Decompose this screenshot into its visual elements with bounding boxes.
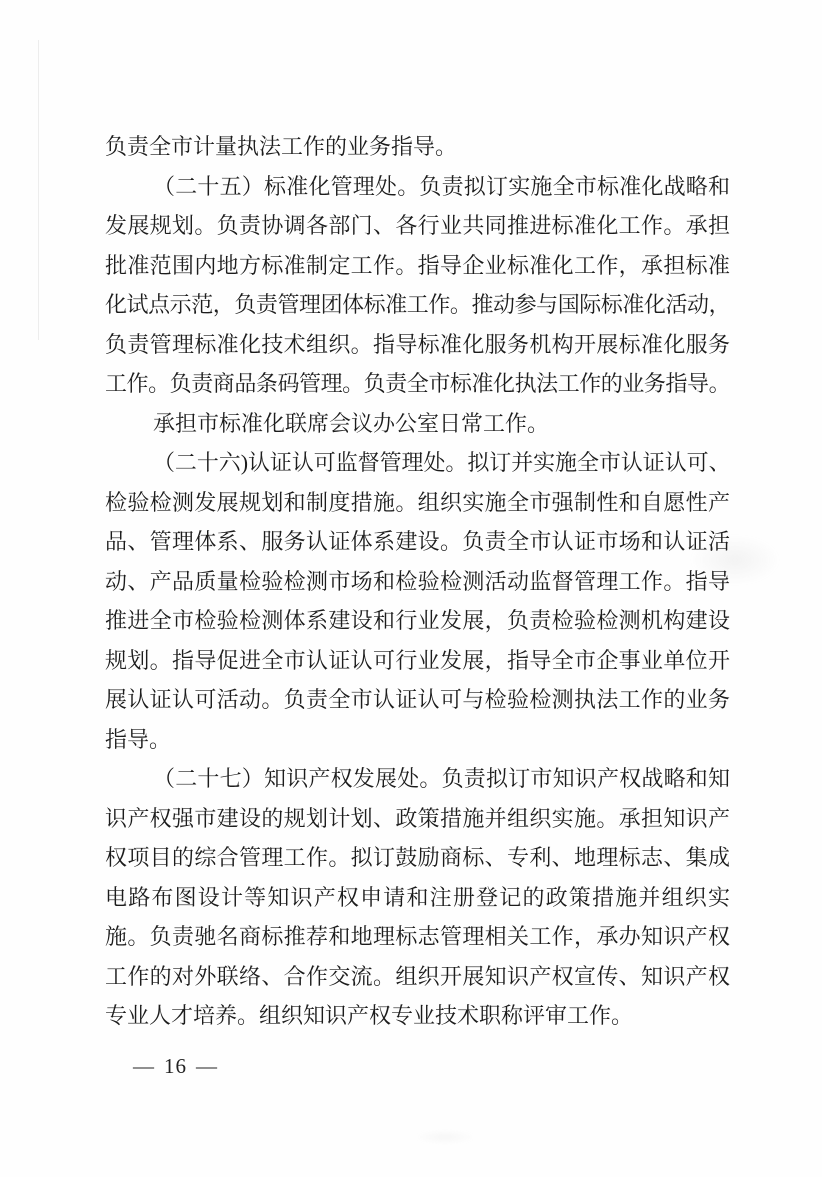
text-line: 工作的对外联络、合作交流。组织开展知识产权宣传、知识产权	[105, 957, 730, 997]
text-line: 负责全市计量执法工作的业务指导。	[105, 127, 730, 167]
text-line: 专业人才培养。组织知识产权专业技术职称评审工作。	[105, 996, 730, 1036]
text-line: 工作。负责商品条码管理。负责全市标准化执法工作的业务指导。	[105, 364, 730, 404]
page-number: 16	[164, 1054, 187, 1078]
scan-artifact-line	[38, 40, 39, 340]
text-line: 电路布图设计等知识产权申请和注册登记的政策措施并组织实	[105, 878, 730, 918]
document-lines: 负责全市计量执法工作的业务指导。（二十五）标准化管理处。负责拟订实施全市标准化战…	[105, 127, 730, 1036]
footer-left-dash: —	[133, 1054, 155, 1079]
text-line: 识产权强市建设的规划计划、政策措施并组织实施。承担知识产	[105, 799, 730, 839]
text-line: （二十六)认证认可监督管理处。拟订并实施全市认证认可、	[105, 443, 730, 483]
text-line: 发展规划。负责协调各部门、各行业共同推进标准化工作。承担	[105, 206, 730, 246]
text-line: 施。负责驰名商标推荐和地理标志管理相关工作，承办知识产权	[105, 917, 730, 957]
document-page: 负责全市计量执法工作的业务指导。（二十五）标准化管理处。负责拟订实施全市标准化战…	[0, 0, 822, 1177]
text-line: 承担市标准化联席会议办公室日常工作。	[105, 404, 730, 444]
text-line: 批准范围内地方标准制定工作。指导企业标准化工作，承担标准	[105, 246, 730, 286]
scan-artifact-smudge	[415, 1130, 475, 1144]
document-body: 负责全市计量执法工作的业务指导。（二十五）标准化管理处。负责拟订实施全市标准化战…	[105, 127, 730, 1036]
page-footer: —16—	[133, 1054, 227, 1079]
text-line: 化试点示范，负责管理团体标准工作。推动参与国际标准化活动，	[105, 285, 730, 325]
text-line: 推进全市检验检测体系建设和行业发展，负责检验检测机构建设	[105, 601, 730, 641]
text-line: （二十七）知识产权发展处。负责拟订市知识产权战略和知	[105, 759, 730, 799]
text-line: 检验检测发展规划和制度措施。组织实施全市强制性和自愿性产	[105, 483, 730, 523]
text-line: 规划。指导促进全市认证认可行业发展，指导全市企事业单位开	[105, 641, 730, 681]
text-line: 权项目的综合管理工作。拟订鼓励商标、专利、地理标志、集成	[105, 838, 730, 878]
text-line: 动、产品质量检验检测市场和检验检测活动监督管理工作。指导	[105, 562, 730, 602]
text-line: 展认证认可活动。负责全市认证认可与检验检测执法工作的业务	[105, 680, 730, 720]
text-line: （二十五）标准化管理处。负责拟订实施全市标准化战略和	[105, 167, 730, 207]
text-line: 负责管理标准化技术组织。指导标准化服务机构开展标准化服务	[105, 325, 730, 365]
text-line: 指导。	[105, 720, 730, 760]
text-line: 品、管理体系、服务认证体系建设。负责全市认证市场和认证活	[105, 522, 730, 562]
footer-right-dash: —	[196, 1054, 218, 1079]
